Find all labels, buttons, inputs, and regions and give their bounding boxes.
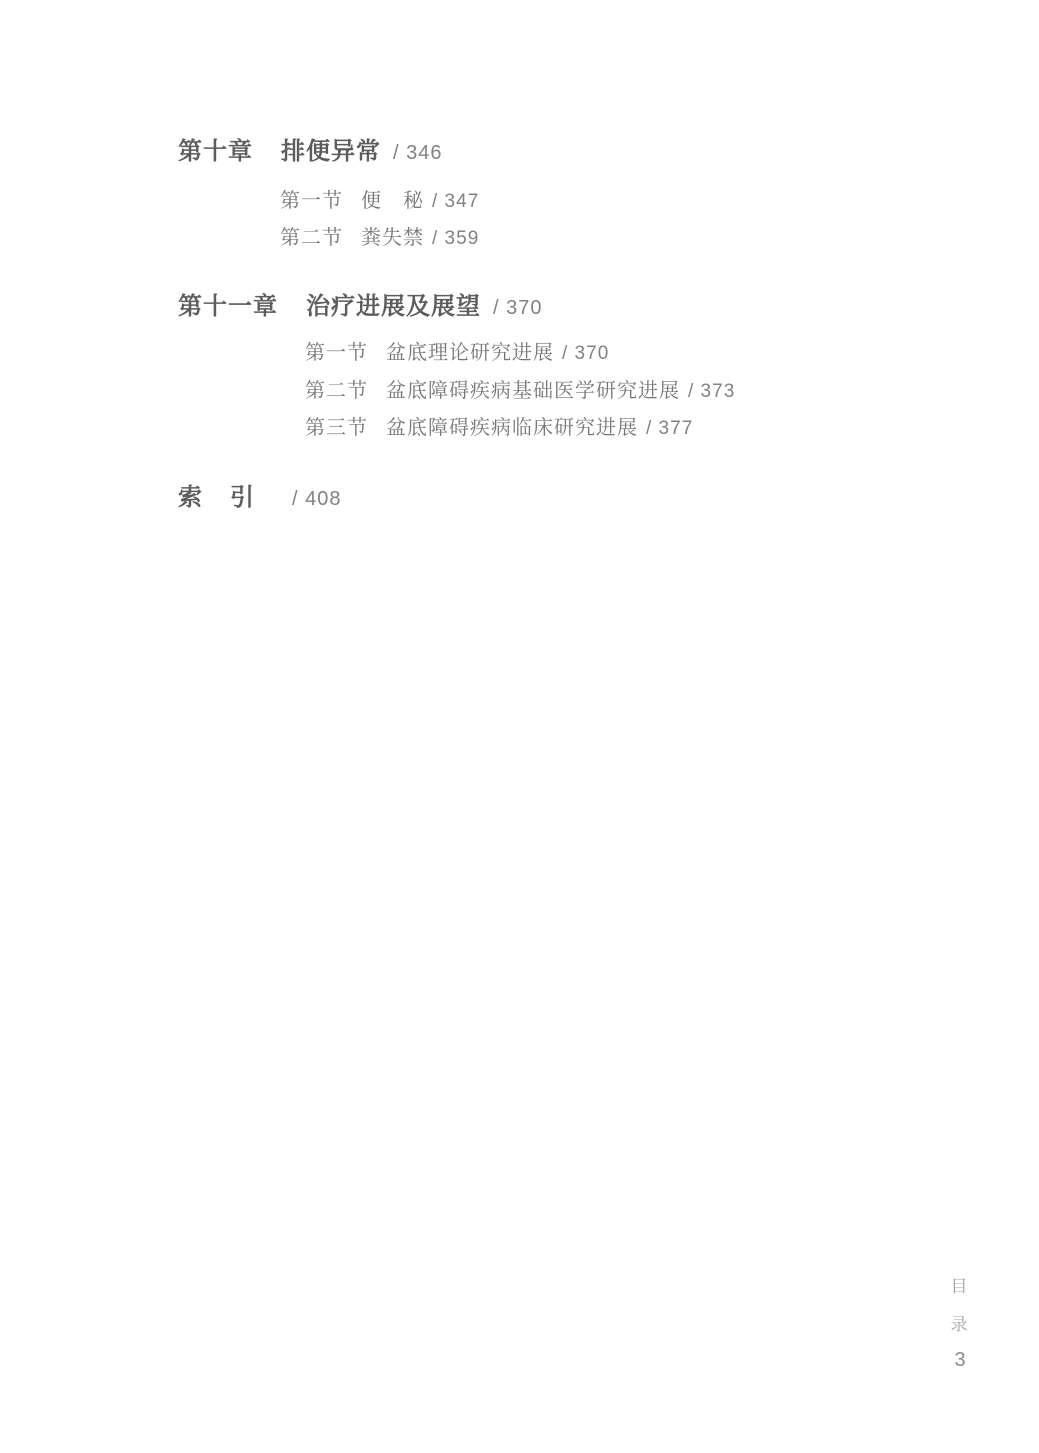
- running-title-char: 录: [951, 1316, 968, 1333]
- section-entry: 第一节 盆底理论研究进展 / 370: [305, 336, 609, 365]
- running-title-vertical: 目 录: [946, 1278, 972, 1333]
- section-title: 粪失禁: [361, 221, 424, 250]
- section-number: 第二节: [280, 221, 343, 250]
- folio-page-number: 3: [949, 1350, 971, 1370]
- section-title: 盆底障碍疾病基础医学研究进展: [386, 374, 680, 403]
- section-entry: 第一节 便 秘 / 347: [280, 184, 479, 213]
- section-page-ref: / 373: [688, 381, 735, 403]
- section-page-ref: / 377: [646, 418, 693, 440]
- section-number: 第三节: [305, 411, 368, 440]
- running-title-char: 目: [951, 1278, 968, 1295]
- toc-page: 第十章 排便异常 / 346 第一节 便 秘 / 347 第二节 粪失禁 / 3…: [0, 0, 1039, 1453]
- section-number: 第一节: [305, 336, 368, 365]
- index-page-ref: / 408: [292, 488, 341, 511]
- chapter-entry-11: 第十一章 治疗进展及展望 / 370: [178, 286, 542, 321]
- section-number: 第二节: [305, 374, 368, 403]
- section-page-ref: / 359: [432, 228, 479, 250]
- section-page-ref: / 347: [432, 191, 479, 213]
- chapter-title: 治疗进展及展望: [306, 286, 481, 321]
- index-title: 索 引: [178, 477, 256, 512]
- section-entry: 第二节 盆底障碍疾病基础医学研究进展 / 373: [305, 374, 735, 403]
- chapter-number: 第十一章: [178, 286, 278, 321]
- chapter-number: 第十章: [178, 131, 253, 166]
- section-entry: 第三节 盆底障碍疾病临床研究进展 / 377: [305, 411, 693, 440]
- index-entry: 索 引 / 408: [178, 477, 341, 512]
- section-title: 便 秘: [361, 184, 424, 213]
- section-page-ref: / 370: [562, 343, 609, 365]
- section-title: 盆底理论研究进展: [386, 336, 554, 365]
- section-number: 第一节: [280, 184, 343, 213]
- section-title: 盆底障碍疾病临床研究进展: [386, 411, 638, 440]
- chapter-entry-10: 第十章 排便异常 / 346: [178, 131, 442, 166]
- chapter-page-ref: / 370: [493, 297, 542, 320]
- chapter-page-ref: / 346: [393, 142, 442, 165]
- chapter-title: 排便异常: [281, 131, 381, 166]
- section-entry: 第二节 粪失禁 / 359: [280, 221, 479, 250]
